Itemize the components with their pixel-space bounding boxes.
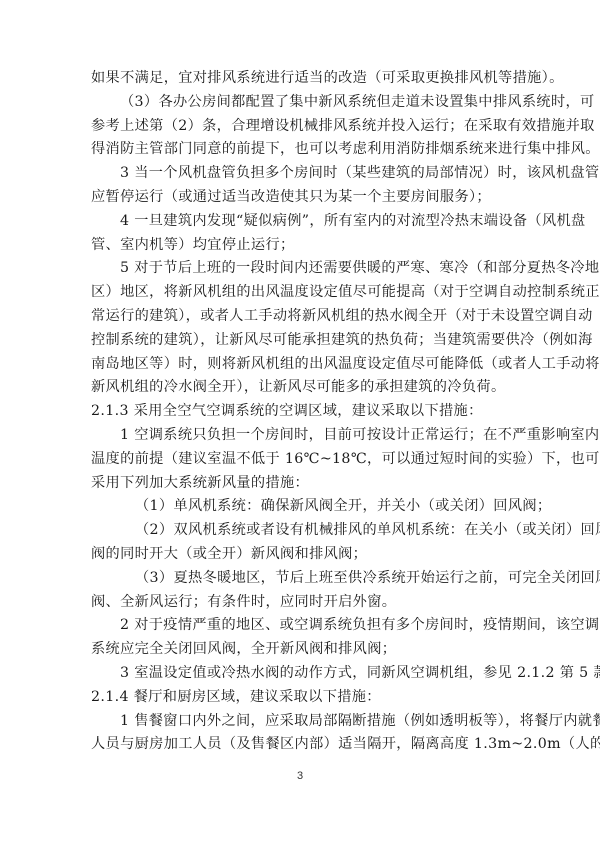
- text-line-8: 管、室内机等）均宜停止运行；: [91, 234, 511, 258]
- text-line-26: 3 室温设定值或冷热水阀的动作方式，同新风空调机组，参见 2.1.2 第 5 款…: [91, 662, 511, 686]
- text-line-13: 南岛地区等）时，则将新风机组的出风温度设定值尽可能降低（或者人工手动将: [91, 353, 511, 377]
- text-line-16: 1 空调系统只负担一个房间时，目前可按设计正常运行；在不严重影响室内: [91, 424, 511, 448]
- text-line-10: 区）地区，将新风机组的出风温度设定值尽可能提高（对于空调自动控制系统正: [91, 281, 511, 305]
- page-number: 3: [0, 770, 600, 782]
- text-line-2: （3）各办公房间都配置了集中新风系统但走道未设置集中排风系统时，可: [91, 91, 511, 115]
- text-line-11: 常运行的建筑），或者人工手动将新风机组的热水阀全开（对于未设置空调自动: [91, 305, 511, 329]
- text-line-17: 温度的前提（建议室温不低于 16℃~18℃，可以通过短时间的实验）下，也可以: [91, 448, 511, 472]
- text-line-25: 系统应完全关闭回风阀，全开新风阀和排风阀；: [91, 638, 511, 662]
- text-line-20: （2）双风机系统或者设有机械排风的单风机系统：在关小（或关闭）回风: [91, 519, 511, 543]
- text-line-24: 2 对于疫情严重的地区、或空调系统负担有多个房间时，疫情期间，该空调: [91, 614, 511, 638]
- section-heading-2-1-4: 2.1.4 餐厅和厨房区域，建议采取以下措施：: [91, 686, 511, 710]
- text-line-5: 3 当一个风机盘管负担多个房间时（某些建筑的局部情况）时，该风机盘管: [91, 162, 511, 186]
- text-line-7: 4 一旦建筑内发现“疑似病例”，所有室内的对流型冷热末端设备（风机盘: [91, 210, 511, 234]
- text-line-21: 阀的同时开大（或全开）新风阀和排风阀；: [91, 543, 511, 567]
- section-heading-2-1-3: 2.1.3 采用全空气空调系统的空调区域，建议采取以下措施：: [91, 400, 511, 424]
- text-line-14: 新风机组的冷水阀全开），让新风尽可能多的承担建筑的冷负荷。: [91, 376, 511, 400]
- text-line-1: 如果不满足，宜对排风系统进行适当的改造（可采取更换排风机等措施）。: [91, 67, 511, 91]
- text-line-22: （3）夏热冬暖地区，节后上班至供冷系统开始运行之前，可完全关闭回风: [91, 567, 511, 591]
- text-line-9: 5 对于节后上班的一段时间内还需要供暖的严寒、寒冷（和部分夏热冬冷地: [91, 257, 511, 281]
- text-line-12: 控制系统的建筑），让新风尽可能承担建筑的热负荷；当建筑需要供冷（例如海: [91, 329, 511, 353]
- document-page: 如果不满足，宜对排风系统进行适当的改造（可采取更换排风机等措施）。 （3）各办公…: [91, 67, 511, 757]
- text-line-3: 参考上述第（2）条，合理增设机械排风系统并投入运行；在采取有效措施并取: [91, 115, 511, 139]
- text-line-28: 1 售餐窗口内外之间，应采取局部隔断措施（例如透明板等），将餐厅内就餐: [91, 710, 511, 734]
- text-line-6: 应暂停运行（或通过适当改造使其只为某一个主要房间服务）；: [91, 186, 511, 210]
- text-line-23: 阀、全新风运行；有条件时，应同时开启外窗。: [91, 591, 511, 615]
- text-line-18: 采用下列加大系统新风量的措施：: [91, 472, 511, 496]
- text-line-19: （1）单风机系统：确保新风阀全开，并关小（或关闭）回风阀；: [91, 495, 511, 519]
- text-line-29: 人员与厨房加工人员（及售餐区内部）适当隔开，隔离高度 1.3m~2.0m（人的呼: [91, 733, 511, 757]
- text-line-4: 得消防主管部门同意的前提下，也可以考虑利用消防排烟系统来进行集中排风。: [91, 138, 511, 162]
